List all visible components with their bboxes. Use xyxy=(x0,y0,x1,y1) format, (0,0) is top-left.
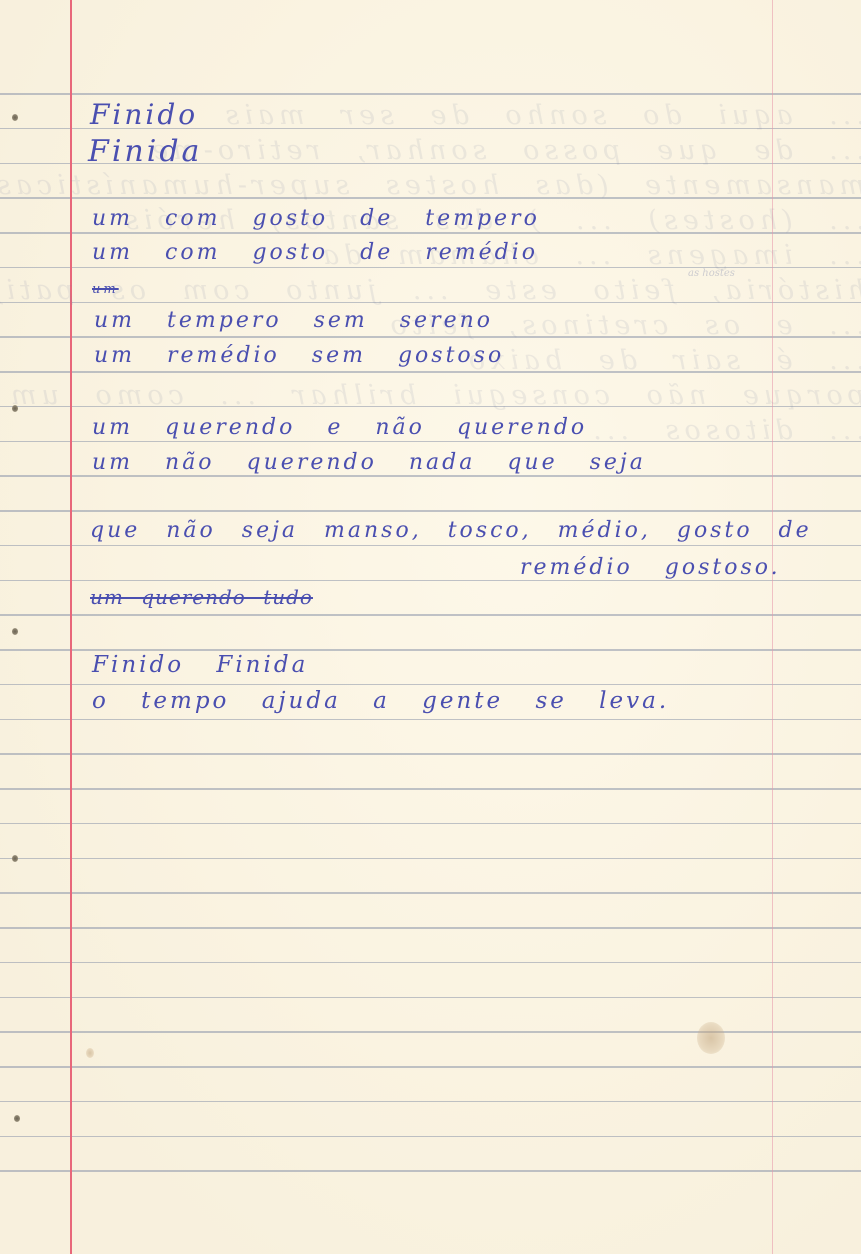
handwritten-line: um remédio sem gostoso xyxy=(94,343,504,368)
show-through-text: ... de que posso sonhar, retiro-me xyxy=(95,135,861,166)
ruled-line xyxy=(0,1136,861,1138)
ruled-line xyxy=(0,997,861,999)
ruled-line xyxy=(0,892,861,894)
ruled-line xyxy=(0,1170,861,1172)
ruled-line xyxy=(0,510,861,512)
handwritten-line-continuation: remédio gostoso. xyxy=(520,555,781,580)
binding-hole xyxy=(14,1115,20,1122)
handwritten-line: Finido Finida xyxy=(92,652,308,678)
ruled-line xyxy=(0,93,861,95)
ruled-line xyxy=(0,753,861,755)
ruled-line xyxy=(0,823,861,825)
ruled-line xyxy=(0,927,861,929)
show-through-insertion: as hostes xyxy=(688,268,735,279)
handwritten-line: o tempo ajuda a gente se leva. xyxy=(92,688,669,714)
ruled-line xyxy=(0,614,861,616)
handwritten-struck-line: um querendo tudo xyxy=(90,585,313,609)
handwritten-title-2: Finida xyxy=(88,134,202,169)
handwritten-line: um não querendo nada que seja xyxy=(92,450,646,475)
handwritten-line: que não seja manso, tosco, médio, gosto … xyxy=(90,518,812,543)
ruled-line xyxy=(0,475,861,477)
ruled-line xyxy=(0,962,861,964)
show-through-text: história, feito este ... junto com os pa… xyxy=(95,275,861,306)
ruled-line xyxy=(0,1101,861,1103)
paper-stain xyxy=(86,1048,94,1058)
show-through-text: porque não consegui brilhar ... como um xyxy=(95,380,861,411)
ruled-line xyxy=(0,788,861,790)
ruled-line xyxy=(0,649,861,651)
show-through-text: mansamente (das hostes super-humanística… xyxy=(95,170,861,201)
show-through-text: ... aqui do sonho de ser mais xyxy=(95,100,861,131)
ruled-line xyxy=(0,1031,861,1033)
handwritten-line: um com gosto de tempero xyxy=(92,206,540,231)
binding-hole xyxy=(12,114,18,121)
binding-hole xyxy=(12,855,18,862)
binding-hole xyxy=(12,628,18,635)
handwritten-line: um tempero sem sereno xyxy=(94,308,493,333)
ruled-line xyxy=(0,1066,861,1068)
handwritten-line: um com gosto de remédio xyxy=(92,240,538,265)
notebook-page: ... aqui do sonho de ser mais ... de que… xyxy=(0,0,861,1254)
handwritten-struck-word: um xyxy=(92,282,119,297)
handwritten-line: um querendo e não querendo xyxy=(92,415,587,440)
ruled-line xyxy=(0,858,861,860)
handwritten-title-1: Finido xyxy=(90,98,198,131)
ruled-line xyxy=(0,719,861,721)
ruled-line xyxy=(0,684,861,686)
ruled-line xyxy=(0,545,861,547)
paper-stain xyxy=(697,1022,725,1054)
